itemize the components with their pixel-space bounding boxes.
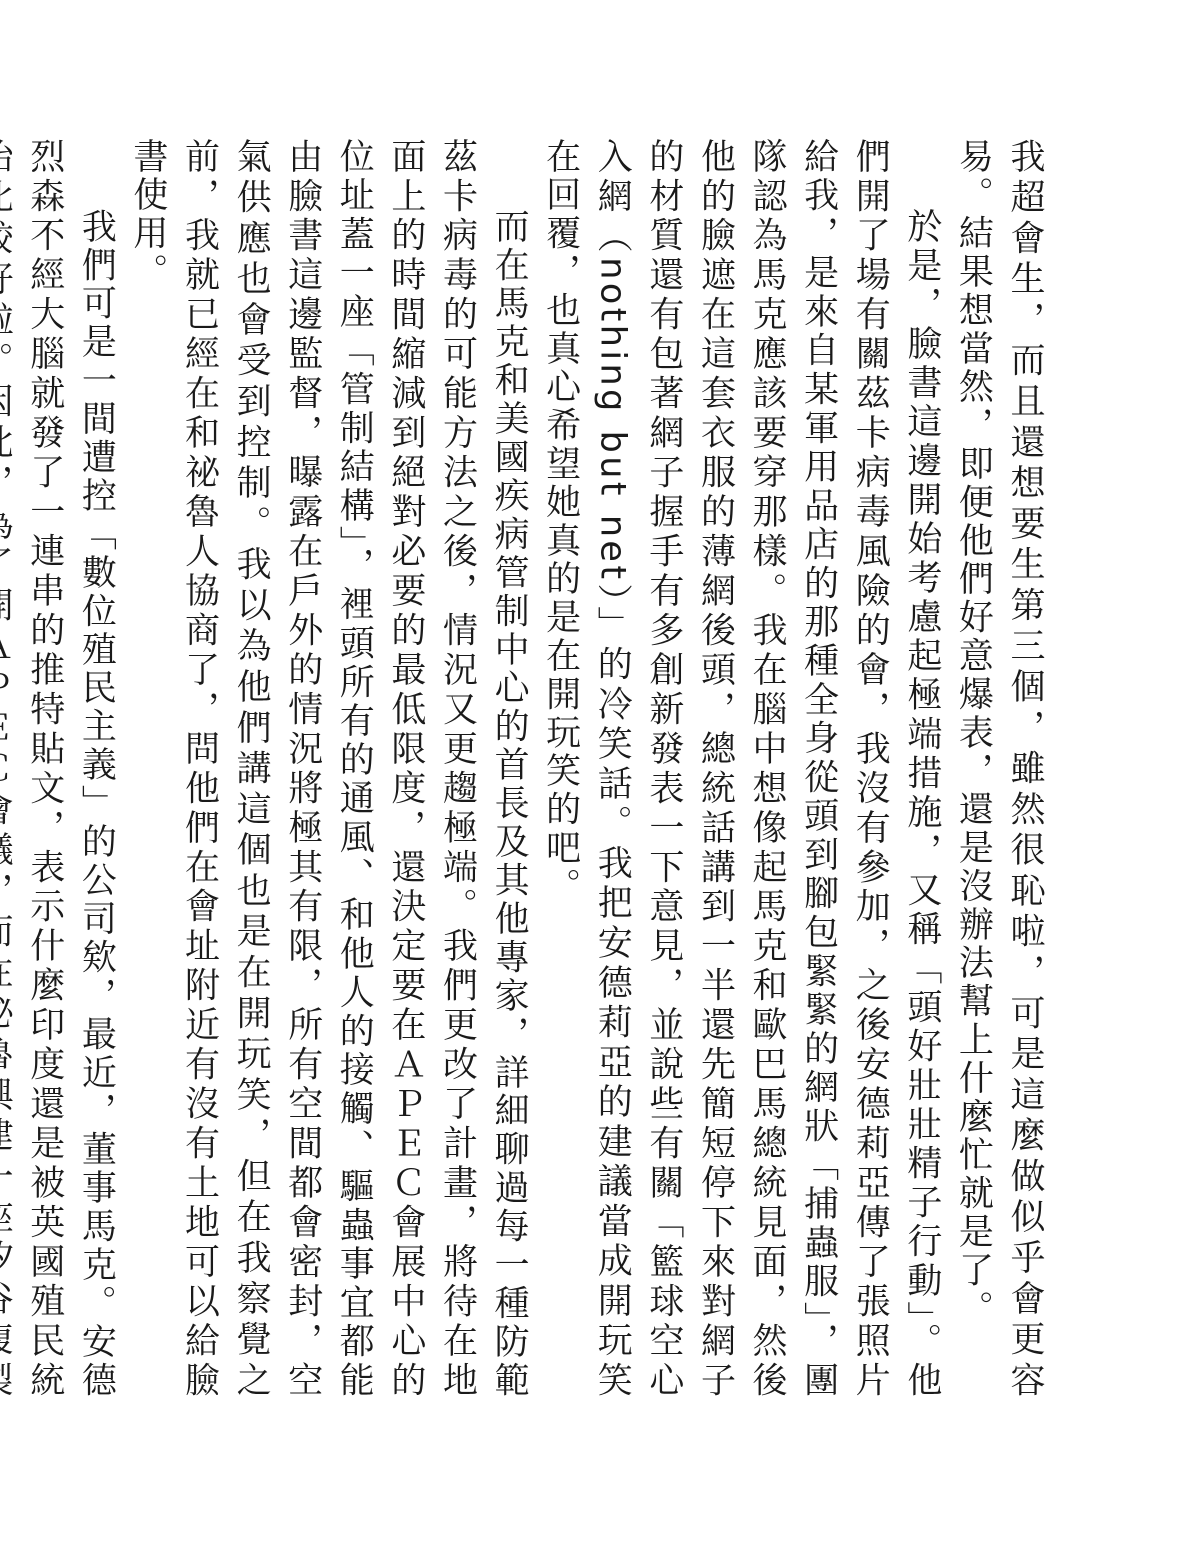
paragraph-2: 於是，臉書這邊開始考慮起極端措施，又稱「頭好壯壯精子行動」。他們開了場有關茲卡病… [534, 138, 947, 1400]
paragraph-3: 而在馬克和美國疾病管制中心的首長及其他專家，詳細聊過每一種防範茲卡病毒的可能方法… [121, 138, 534, 1400]
paragraph-1: 我超會生，而且還想要生第三個，雖然很恥啦，可是這麼做似乎會更容易。結果想當然，即… [947, 138, 1050, 1400]
vertical-text-page: 我超會生，而且還想要生第三個，雖然很恥啦，可是這麼做似乎會更容易。結果想當然，即… [160, 138, 1050, 1400]
paragraph-4: 我們可是一間遭控「數位殖民主義」的公司欸，最近，董事馬克。安德烈森不經大腦就發了… [0, 138, 121, 1400]
